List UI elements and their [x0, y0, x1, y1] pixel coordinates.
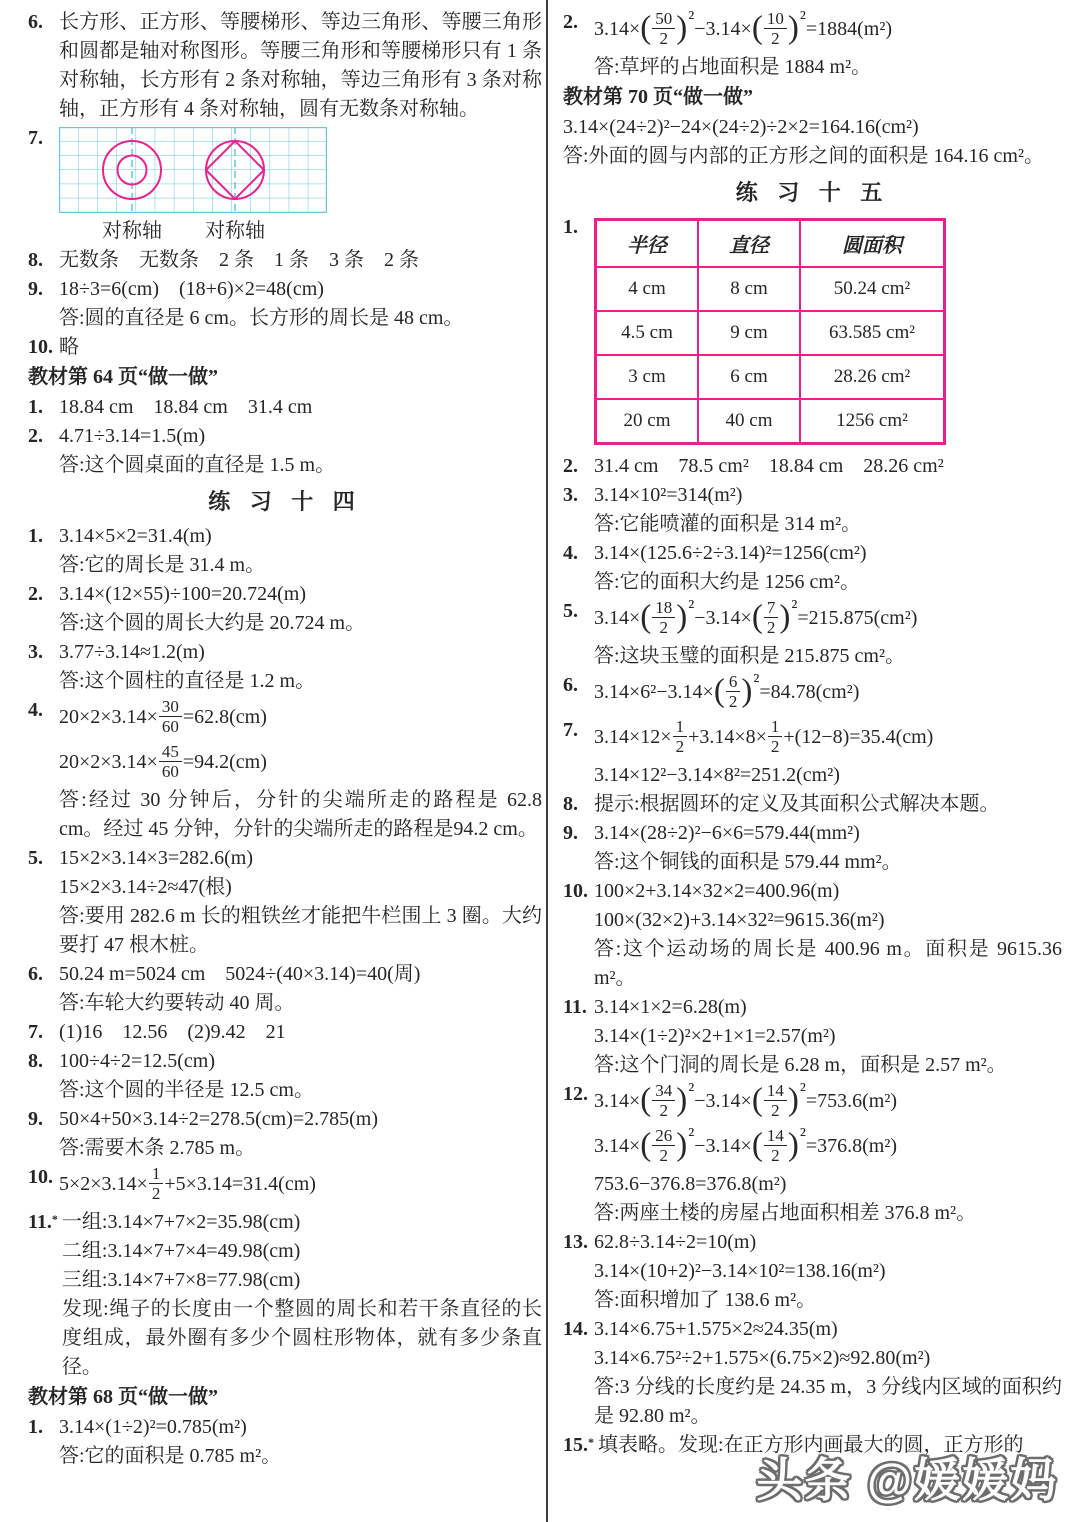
right-column: 2.3.14×(502)²−3.14×(102)²=1884(m²)答:草坪的占…	[563, 8, 1062, 1460]
fraction: 142	[764, 1081, 787, 1120]
item-number: 2.	[563, 452, 594, 481]
item-content: 一组:3.14×7+7×2=35.98(cm)二组:3.14×7+7×4=49.…	[62, 1208, 542, 1382]
answer-line: 答:这个运动场的周长是 400.96 m。面积是 9615.36 m²。	[594, 935, 1062, 993]
answer-line: 答:这个铜钱的面积是 579.44 mm²。	[594, 848, 1062, 877]
answer-line: 20×2×3.14×3060=62.8(cm)	[59, 696, 542, 741]
item-number: 9.	[28, 1105, 59, 1134]
grid-figure-svg	[59, 127, 327, 213]
fraction: 502	[652, 9, 675, 48]
answer-line: 发现:绳子的长度由一个整圆的周长和若干条直径的长度组成，最外圈有多少个圆柱形物体…	[62, 1295, 542, 1382]
watermark: 头条 @媛媛妈	[756, 1444, 1058, 1510]
item-content: 3.77÷3.14≈1.2(m)答:这个圆柱的直径是 1.2 m。	[59, 638, 542, 696]
item-number: 10.	[563, 877, 594, 906]
item-content: 3.14×(342)²−3.14×(142)²=753.6(m²)3.14×(2…	[594, 1080, 1062, 1228]
item-content: 3.14×1×2=6.28(m)3.14×(1÷2)²×2+1×1=2.57(m…	[594, 993, 1062, 1080]
item-content: 3.14×5×2=31.4(m)答:它的周长是 31.4 m。	[59, 522, 542, 580]
answer-line: 3.14×(125.6÷2÷3.14)²=1256(cm²)	[594, 539, 1062, 568]
item-content: 3.14×6.75+1.575×2≈24.35(m)3.14×6.75²÷2+1…	[594, 1315, 1062, 1431]
section-header: 教材第 68 页“做一做”	[28, 1382, 542, 1413]
answer-item: 1.半径直径圆面积4 cm8 cm50.24 cm²4.5 cm9 cm63.5…	[563, 213, 1062, 452]
fraction: 62	[726, 672, 741, 711]
answer-line: 3.14×(10+2)²−3.14×10²=138.16(m²)	[594, 1257, 1062, 1286]
answer-item: 12.3.14×(342)²−3.14×(142)²=753.6(m²)3.14…	[563, 1080, 1062, 1228]
answer-line: 无数条 无数条 2 条 1 条 3 条 2 条	[59, 246, 542, 275]
answer-item: 6.50.24 m=5024 cm 5024÷(40×3.14)=40(周)答:…	[28, 960, 542, 1018]
item-number: 8.	[28, 1047, 59, 1076]
answer-item: 1.3.14×5×2=31.4(m)答:它的周长是 31.4 m。	[28, 522, 542, 580]
item-number: 1.	[28, 1413, 59, 1442]
answer-line: 3.14×(342)²−3.14×(142)²=753.6(m²)	[594, 1080, 1062, 1125]
item-content: 3.14×(502)²−3.14×(102)²=1884(m²)答:草坪的占地面…	[594, 8, 1062, 82]
answers-table: 半径直径圆面积4 cm8 cm50.24 cm²4.5 cm9 cm63.585…	[594, 218, 946, 445]
table-cell: 63.585 cm²	[800, 311, 945, 355]
fraction: 3060	[159, 697, 182, 736]
table-cell: 3 cm	[596, 355, 699, 399]
answer-line: 3.14×6²−3.14×(62)²=84.78(cm²)	[594, 671, 1062, 716]
table-cell: 1256 cm²	[800, 399, 945, 444]
answer-line: 3.14×(502)²−3.14×(102)²=1884(m²)	[594, 8, 1062, 53]
answer-line: 答:这个圆的周长大约是 20.724 m。	[59, 609, 542, 638]
answer-line: 3.14×10²=314(m²)	[594, 481, 1062, 510]
fraction: 342	[652, 1081, 675, 1120]
fraction: 12	[149, 1164, 164, 1203]
item-content: 3.14×(182)²−3.14×(72)²=215.875(cm²)答:这块玉…	[594, 597, 1062, 671]
table-header-cell: 半径	[596, 220, 699, 268]
answer-line: 15×2×3.14÷2≈47(根)	[59, 873, 542, 902]
table-cell: 50.24 cm²	[800, 267, 945, 311]
item-content: 3.14×(1÷2)²=0.785(m²)答:它的面积是 0.785 m²。	[59, 1413, 542, 1471]
answer-line: 3.14×6.75²÷2+1.575×(6.75×2)≈92.80(m²)	[594, 1344, 1062, 1373]
item-number: 1.	[563, 213, 594, 242]
item-content: 无数条 无数条 2 条 1 条 3 条 2 条	[59, 246, 542, 275]
answer-line: (1)16 12.56 (2)9.42 21	[59, 1018, 542, 1047]
answer-line: 三组:3.14×7+7×8=77.98(cm)	[62, 1266, 542, 1295]
item-number: 13.	[563, 1228, 594, 1257]
item-content: (1)16 12.56 (2)9.42 21	[59, 1018, 542, 1047]
item-content: 18÷3=6(cm) (18+6)×2=48(cm)答:圆的直径是 6 cm。长…	[59, 275, 542, 333]
item-content: 长方形、正方形、等腰梯形、等边三角形、等腰三角形和圆都是轴对称图形。等腰三角形和…	[59, 8, 542, 124]
table-header-row: 半径直径圆面积	[596, 220, 945, 268]
answer-item: 3.3.77÷3.14≈1.2(m)答:这个圆柱的直径是 1.2 m。	[28, 638, 542, 696]
axis-label-2: 对称轴	[187, 218, 283, 245]
answer-line: 答:面积增加了 138.6 m²。	[594, 1286, 1062, 1315]
answer-line: 答:圆的直径是 6 cm。长方形的周长是 48 cm。	[59, 304, 542, 333]
symmetry-figure: 对称轴 对称轴	[59, 127, 542, 245]
item-content: 3.14×10²=314(m²)答:它能喷灌的面积是 314 m²。	[594, 481, 1062, 539]
answer-item: 9.50×4+50×3.14÷2=278.5(cm)=2.785(m)答:需要木…	[28, 1105, 542, 1163]
answer-line: 答:外面的圆与内部的正方形之间的面积是 164.16 cm²。	[563, 142, 1062, 171]
answer-item: 4.20×2×3.14×3060=62.8(cm)20×2×3.14×4560=…	[28, 696, 542, 844]
item-content: 5×2×3.14×12+5×3.14=31.4(cm)	[59, 1163, 542, 1208]
item-number: 9.	[563, 819, 594, 848]
answer-item: 10.略	[28, 333, 542, 362]
item-number: 5.	[28, 844, 59, 873]
answer-item: 4.3.14×(125.6÷2÷3.14)²=1256(cm²)答:它的面积大约…	[563, 539, 1062, 597]
item-content: 3.14×6²−3.14×(62)²=84.78(cm²)	[594, 671, 1062, 716]
item-content: 3.14×(12×55)÷100=20.724(m)答:这个圆的周长大约是 20…	[59, 580, 542, 638]
answer-line: 答:它能喷灌的面积是 314 m²。	[594, 510, 1062, 539]
item-content: 100÷4÷2=12.5(cm)答:这个圆的半径是 12.5 cm。	[59, 1047, 542, 1105]
table-row: 20 cm40 cm1256 cm²	[596, 399, 945, 444]
answer-item: 11.3.14×1×2=6.28(m)3.14×(1÷2)²×2+1×1=2.5…	[563, 993, 1062, 1080]
answer-line: 答:它的面积是 0.785 m²。	[59, 1442, 542, 1471]
item-number: 7.	[28, 124, 59, 153]
answer-line: 20×2×3.14×4560=94.2(cm)	[59, 741, 542, 786]
answer-item: 6.3.14×6²−3.14×(62)²=84.78(cm²)	[563, 671, 1062, 716]
item-number: 14.	[563, 1315, 594, 1344]
answer-line: 答:车轮大约要转动 40 周。	[59, 989, 542, 1018]
item-content: 18.84 cm 18.84 cm 31.4 cm	[59, 393, 542, 422]
answer-item: 8.100÷4÷2=12.5(cm)答:这个圆的半径是 12.5 cm。	[28, 1047, 542, 1105]
item-number: 11.	[563, 993, 594, 1022]
column-divider	[546, 0, 548, 1522]
answer-line: 3.14×(262)²−3.14×(142)²=376.8(m²)	[594, 1125, 1062, 1170]
answer-line: 3.14×6.75+1.575×2≈24.35(m)	[594, 1315, 1062, 1344]
table-row: 4.5 cm9 cm63.585 cm²	[596, 311, 945, 355]
answer-line: 3.14×(1÷2)²×2+1×1=2.57(m²)	[594, 1022, 1062, 1051]
answer-line: 3.14×1×2=6.28(m)	[594, 993, 1062, 1022]
table-cell: 4 cm	[596, 267, 699, 311]
answer-line: 答:这个圆的半径是 12.5 cm。	[59, 1076, 542, 1105]
item-number: 7.	[28, 1018, 59, 1047]
answer-line: 3.14×(1÷2)²=0.785(m²)	[59, 1413, 542, 1442]
item-number: 5.	[563, 597, 594, 626]
answer-line: 一组:3.14×7+7×2=35.98(cm)	[62, 1208, 542, 1237]
answer-item: 3.3.14×10²=314(m²)答:它能喷灌的面积是 314 m²。	[563, 481, 1062, 539]
workbook-answer-page: { "colors": { "table_border": "#ec1f8e",…	[0, 0, 1080, 1522]
answer-line: 二组:3.14×7+7×4=49.98(cm)	[62, 1237, 542, 1266]
answer-line: 50×4+50×3.14÷2=278.5(cm)=2.785(m)	[59, 1105, 542, 1134]
item-content: 3.14×(28÷2)²−6×6=579.44(mm²)答:这个铜钱的面积是 5…	[594, 819, 1062, 877]
table-row: 3 cm6 cm28.26 cm²	[596, 355, 945, 399]
table-cell: 6 cm	[698, 355, 800, 399]
answer-line: 答:草坪的占地面积是 1884 m²。	[594, 53, 1062, 82]
answer-line: 答:3 分线的长度约是 24.35 m，3 分线内区域的面积约是 92.80 m…	[594, 1373, 1062, 1431]
asterisk-marker: *	[588, 1435, 594, 1449]
answer-line: 50.24 m=5024 cm 5024÷(40×3.14)=40(周)	[59, 960, 542, 989]
item-content: 15×2×3.14×3=282.6(m)15×2×3.14÷2≈47(根)答:要…	[59, 844, 542, 960]
item-number: 3.	[563, 481, 594, 510]
answer-line: 18.84 cm 18.84 cm 31.4 cm	[59, 393, 542, 422]
answer-line: 答:这块玉璧的面积是 215.875 cm²。	[594, 642, 1062, 671]
grid-background	[60, 128, 327, 213]
fraction: 262	[652, 1126, 675, 1165]
item-content: 对称轴 对称轴	[59, 124, 542, 246]
item-content: 略	[59, 333, 542, 362]
answer-line: 答:它的周长是 31.4 m。	[59, 551, 542, 580]
item-number: 6.	[28, 960, 59, 989]
answer-line: 5×2×3.14×12+5×3.14=31.4(cm)	[59, 1163, 542, 1208]
answer-item: 8.提示:根据圆环的定义及其面积公式解决本题。	[563, 790, 1062, 819]
item-number: 3.	[28, 638, 59, 667]
table-cell: 8 cm	[698, 267, 800, 311]
item-number: 7.	[563, 716, 594, 745]
answer-line: 100×2+3.14×32×2=400.96(m)	[594, 877, 1062, 906]
item-number: 9.	[28, 275, 59, 304]
answer-line: 753.6−376.8=376.8(m²)	[594, 1170, 1062, 1199]
item-content: 4.71÷3.14=1.5(m)答:这个圆桌面的直径是 1.5 m。	[59, 422, 542, 480]
section-header: 教材第 64 页“做一做”	[28, 362, 542, 393]
answer-line: 4.71÷3.14=1.5(m)	[59, 422, 542, 451]
answer-item: 6.长方形、正方形、等腰梯形、等边三角形、等腰三角形和圆都是轴对称图形。等腰三角…	[28, 8, 542, 124]
answer-item: 9.3.14×(28÷2)²−6×6=579.44(mm²)答:这个铜钱的面积是…	[563, 819, 1062, 877]
item-content: 50×4+50×3.14÷2=278.5(cm)=2.785(m)答:需要木条 …	[59, 1105, 542, 1163]
item-number: 2.	[28, 580, 59, 609]
table-cell: 4.5 cm	[596, 311, 699, 355]
item-number: 15.*	[563, 1431, 598, 1460]
answer-line: 长方形、正方形、等腰梯形、等边三角形、等腰三角形和圆都是轴对称图形。等腰三角形和…	[59, 8, 542, 124]
answer-line: 3.14×12²−3.14×8²=251.2(cm²)	[594, 761, 1062, 790]
item-number: 10.	[28, 333, 59, 362]
answer-line: 答:需要木条 2.785 m。	[59, 1134, 542, 1163]
answer-item: 7.(1)16 12.56 (2)9.42 21	[28, 1018, 542, 1047]
table-row: 4 cm8 cm50.24 cm²	[596, 267, 945, 311]
axis-label-1: 对称轴	[84, 218, 180, 245]
answer-line: 提示:根据圆环的定义及其面积公式解决本题。	[594, 790, 1062, 819]
item-number: 4.	[563, 539, 594, 568]
answer-item: 7.3.14×12×12+3.14×8×12+(12−8)=35.4(cm)3.…	[563, 716, 1062, 790]
answer-item: 13.62.8÷3.14÷2=10(m)3.14×(10+2)²−3.14×10…	[563, 1228, 1062, 1315]
item-content: 20×2×3.14×3060=62.8(cm)20×2×3.14×4560=94…	[59, 696, 542, 844]
fraction: 12	[768, 717, 783, 756]
table-cell: 28.26 cm²	[800, 355, 945, 399]
answer-line: 3.14×(12×55)÷100=20.724(m)	[59, 580, 542, 609]
item-content: 3.14×12×12+3.14×8×12+(12−8)=35.4(cm)3.14…	[594, 716, 1062, 790]
table-cell: 9 cm	[698, 311, 800, 355]
answer-item: 2.31.4 cm 78.5 cm² 18.84 cm 28.26 cm²	[563, 452, 1062, 481]
answer-line: 31.4 cm 78.5 cm² 18.84 cm 28.26 cm²	[594, 452, 1062, 481]
fraction: 142	[764, 1126, 787, 1165]
answer-line: 15×2×3.14×3=282.6(m)	[59, 844, 542, 873]
answer-item: 5.3.14×(182)²−3.14×(72)²=215.875(cm²)答:这…	[563, 597, 1062, 671]
answer-line: 答:这个圆柱的直径是 1.2 m。	[59, 667, 542, 696]
answer-line: 3.14×(28÷2)²−6×6=579.44(mm²)	[594, 819, 1062, 848]
answer-line: 18÷3=6(cm) (18+6)×2=48(cm)	[59, 275, 542, 304]
left-column: 6.长方形、正方形、等腰梯形、等边三角形、等腰三角形和圆都是轴对称图形。等腰三角…	[28, 8, 542, 1471]
answer-item: 1.3.14×(1÷2)²=0.785(m²)答:它的面积是 0.785 m²。	[28, 1413, 542, 1471]
item-number: 6.	[28, 8, 59, 37]
item-number: 12.	[563, 1080, 594, 1109]
answer-line: 答:它的面积大约是 1256 cm²。	[594, 568, 1062, 597]
answer-block: 3.14×(24÷2)²−24×(24÷2)÷2×2=164.16(cm²)答:…	[563, 113, 1062, 171]
answer-line: 答:这个圆桌面的直径是 1.5 m。	[59, 451, 542, 480]
item-content: 半径直径圆面积4 cm8 cm50.24 cm²4.5 cm9 cm63.585…	[594, 213, 1062, 452]
answer-item: 2.4.71÷3.14=1.5(m)答:这个圆桌面的直径是 1.5 m。	[28, 422, 542, 480]
table-cell: 40 cm	[698, 399, 800, 444]
item-number: 2.	[28, 422, 59, 451]
item-number: 2.	[563, 8, 594, 37]
table-cell: 20 cm	[596, 399, 699, 444]
item-number: 11.*	[28, 1208, 62, 1237]
section-header: 教材第 70 页“做一做”	[563, 82, 1062, 113]
answer-item: 9.18÷3=6(cm) (18+6)×2=48(cm)答:圆的直径是 6 cm…	[28, 275, 542, 333]
answer-item: 2.3.14×(12×55)÷100=20.724(m)答:这个圆的周长大约是 …	[28, 580, 542, 638]
answer-line: 答:经过 30 分钟后，分针的尖端所走的路程是 62.8 cm。经过 45 分钟…	[59, 786, 542, 844]
answer-line: 略	[59, 333, 542, 362]
answer-item: 11.*一组:3.14×7+7×2=35.98(cm)二组:3.14×7+7×4…	[28, 1208, 542, 1382]
answer-line: 答:这个门洞的周长是 6.28 m，面积是 2.57 m²。	[594, 1051, 1062, 1080]
item-content: 100×2+3.14×32×2=400.96(m)100×(32×2)+3.14…	[594, 877, 1062, 993]
item-content: 31.4 cm 78.5 cm² 18.84 cm 28.26 cm²	[594, 452, 1062, 481]
item-number: 1.	[28, 393, 59, 422]
fraction: 4560	[159, 742, 182, 781]
figure-labels: 对称轴 对称轴	[59, 218, 542, 245]
answer-item: 8.无数条 无数条 2 条 1 条 3 条 2 条	[28, 246, 542, 275]
answer-line: 100×(32×2)+3.14×32²=9615.36(m²)	[594, 906, 1062, 935]
answer-item: 10.100×2+3.14×32×2=400.96(m)100×(32×2)+3…	[563, 877, 1062, 993]
item-number: 8.	[28, 246, 59, 275]
answer-line: 3.14×(182)²−3.14×(72)²=215.875(cm²)	[594, 597, 1062, 642]
item-number: 6.	[563, 671, 594, 700]
item-content: 50.24 m=5024 cm 5024÷(40×3.14)=40(周)答:车轮…	[59, 960, 542, 1018]
fraction: 182	[652, 598, 675, 637]
answer-line: 3.14×5×2=31.4(m)	[59, 522, 542, 551]
answer-item: 10.5×2×3.14×12+5×3.14=31.4(cm)	[28, 1163, 542, 1208]
answer-line: 62.8÷3.14÷2=10(m)	[594, 1228, 1062, 1257]
answer-item: 14.3.14×6.75+1.575×2≈24.35(m)3.14×6.75²÷…	[563, 1315, 1062, 1431]
item-number: 1.	[28, 522, 59, 551]
fraction: 102	[764, 9, 787, 48]
answer-item: 1.18.84 cm 18.84 cm 31.4 cm	[28, 393, 542, 422]
fraction: 12	[673, 717, 688, 756]
asterisk-marker: *	[52, 1212, 58, 1226]
item-content: 62.8÷3.14÷2=10(m)3.14×(10+2)²−3.14×10²=1…	[594, 1228, 1062, 1315]
item-content: 3.14×(125.6÷2÷3.14)²=1256(cm²)答:它的面积大约是 …	[594, 539, 1062, 597]
fraction: 72	[764, 598, 779, 637]
exercise-title: 练 习 十 四	[28, 487, 542, 517]
item-number: 10.	[28, 1163, 59, 1192]
answer-line: 答:两座土楼的房屋占地面积相差 376.8 m²。	[594, 1199, 1062, 1228]
answer-line: 100÷4÷2=12.5(cm)	[59, 1047, 542, 1076]
answer-item: 5.15×2×3.14×3=282.6(m)15×2×3.14÷2≈47(根)答…	[28, 844, 542, 960]
item-number: 4.	[28, 696, 59, 725]
answer-line: 3.77÷3.14≈1.2(m)	[59, 638, 542, 667]
table-header-cell: 直径	[698, 220, 800, 268]
answer-line: 3.14×12×12+3.14×8×12+(12−8)=35.4(cm)	[594, 716, 1062, 761]
answer-item: 7. 对称轴 对称轴	[28, 124, 542, 246]
answer-line: 3.14×(24÷2)²−24×(24÷2)÷2×2=164.16(cm²)	[563, 113, 1062, 142]
table-header-cell: 圆面积	[800, 220, 945, 268]
answer-line: 答:要用 282.6 m 长的粗铁丝才能把牛栏围上 3 圈。大约要打 47 根木…	[59, 902, 542, 960]
item-number: 8.	[563, 790, 594, 819]
exercise-title: 练 习 十 五	[563, 178, 1062, 208]
answer-item: 2.3.14×(502)²−3.14×(102)²=1884(m²)答:草坪的占…	[563, 8, 1062, 82]
item-content: 提示:根据圆环的定义及其面积公式解决本题。	[594, 790, 1062, 819]
